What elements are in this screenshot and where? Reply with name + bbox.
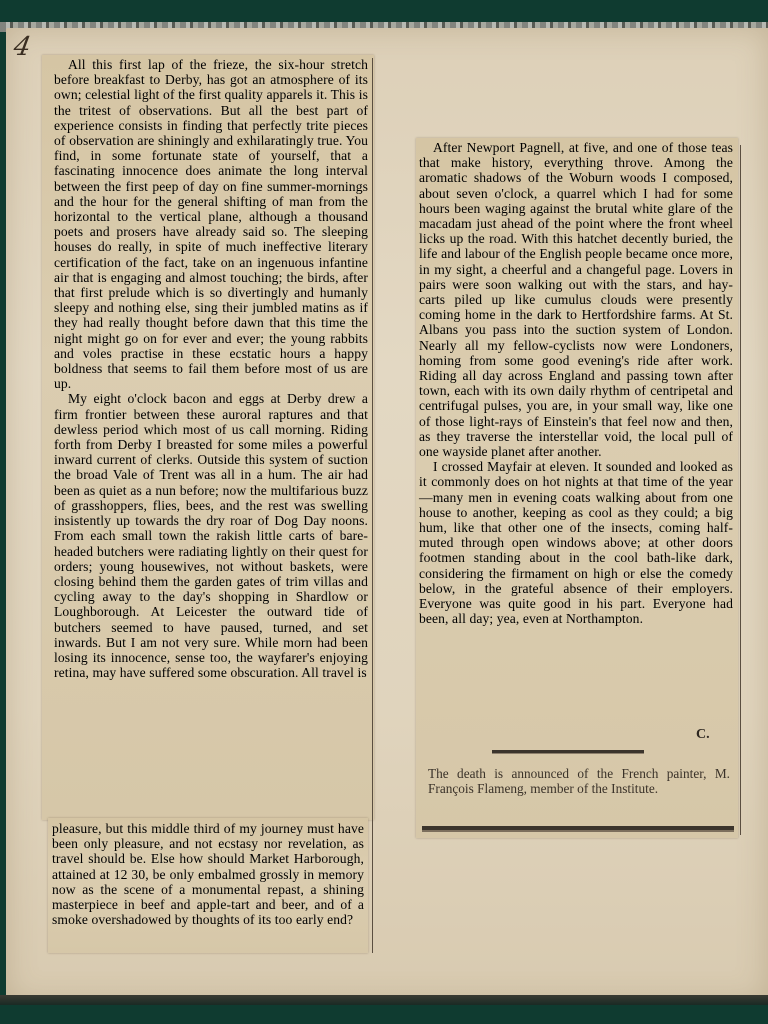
article-paragraph: pleasure, but this middle third of my jo…	[52, 821, 364, 927]
article-paragraph: My eight o'clock bacon and eggs at Derby…	[54, 391, 368, 680]
article-paragraph: After Newport Pagnell, at five, and one …	[419, 140, 733, 459]
article-left-continuation: pleasure, but this middle third of my jo…	[52, 821, 364, 927]
page-bottom-edge	[0, 995, 768, 1005]
article-paragraph: All this first lap of the frieze, the si…	[54, 57, 368, 391]
article-paragraph: I crossed Mayfair at eleven. It sounded …	[419, 459, 733, 626]
column-end-rule	[422, 826, 734, 832]
column-rule-right	[740, 145, 741, 835]
column-rule-left	[372, 58, 373, 953]
article-signature: C.	[696, 727, 710, 743]
death-notice: The death is announced of the French pai…	[428, 766, 730, 797]
section-divider	[492, 750, 644, 754]
notice-text: The death is announced of the French pai…	[428, 766, 730, 797]
article-right-column: After Newport Pagnell, at five, and one …	[419, 140, 733, 627]
article-left-column: All this first lap of the frieze, the si…	[54, 57, 368, 680]
